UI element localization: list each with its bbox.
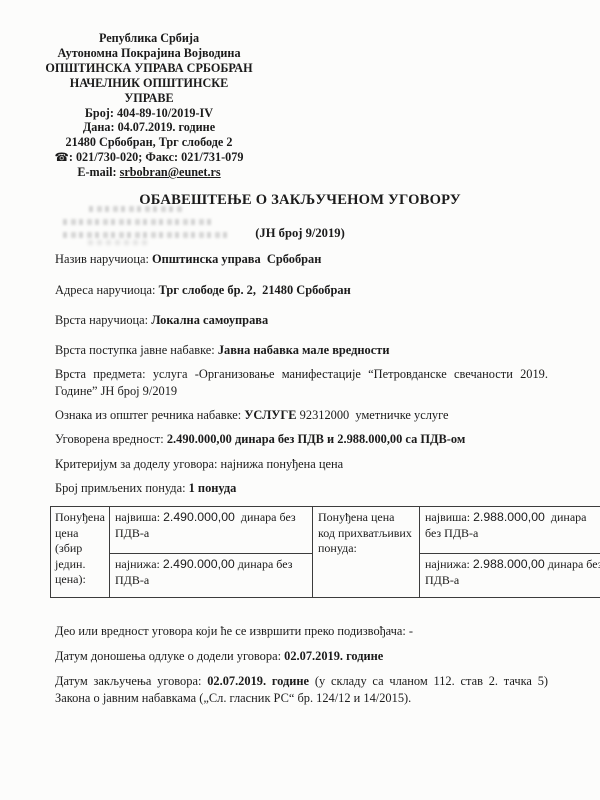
email-label: E-mail: <box>77 165 119 179</box>
field-value: Општинска управа Србобран <box>152 252 321 266</box>
field-value: 92312000 уметничке услуге <box>300 408 449 422</box>
letterhead-ref-number: Број: 404-89-10/2019-IV <box>22 106 276 121</box>
field-conclusion-date: Датум закључења уговора: 02.07.2019. год… <box>55 673 548 707</box>
field-procedure-type: Врста поступка јавне набавке: Јавна наба… <box>55 342 548 359</box>
field-value: Локална самоуправа <box>151 313 268 327</box>
field-label: Датум закључења уговора: <box>55 674 201 688</box>
field-decision-date: Датум доношења одлуке о додели уговора: … <box>55 648 548 665</box>
letterhead-email-line: E-mail: srbobran@eunet.rs <box>22 165 276 180</box>
letterhead-office-line2: УПРАВЕ <box>22 91 276 106</box>
cell-label: највиша: <box>425 510 470 524</box>
cell-offered-lowest: најнижа: 2.490.000,00 динара без ПДВ-а <box>110 554 313 598</box>
field-label: Уговорена вредност: <box>55 432 164 446</box>
field-value-bold: УСЛУГЕ <box>244 408 296 422</box>
document-subtitle: (ЈН број 9/2019) <box>0 226 600 241</box>
field-subject-type: Врста предмета: услуга -Организовање ман… <box>55 366 548 400</box>
letterhead: Република Србија Аутономна Покрајина Вој… <box>22 0 276 180</box>
cell-amount: 2.490.000,00 <box>163 557 235 571</box>
phone-numbers: : 021/730-020; Факс: 021/731-079 <box>69 150 244 164</box>
letterhead-date: Дана: 04.07.2019. године <box>22 120 276 135</box>
cell-label: најнижа: <box>115 557 160 571</box>
field-label: Назив наручиоца: <box>55 252 149 266</box>
document-title: ОБАВЕШТЕЊЕ О ЗАКЉУЧЕНОМ УГОВОРУ <box>0 192 600 209</box>
field-bids-received: Број примљених понуда: 1 понуда <box>55 480 548 497</box>
field-label: Адреса наручиоца: <box>55 283 156 297</box>
cell-amount: 2.490.000,00 <box>163 510 235 524</box>
field-value: 02.07.2019. године <box>284 649 383 663</box>
field-label: Врста поступка јавне набавке: <box>55 343 215 357</box>
table-header-acceptable-price: Понуђена цена код прихватљивих понуда: <box>313 507 420 598</box>
field-buyer-type: Врста наручиоца: Локална самоуправа <box>55 312 548 329</box>
cell-amount: 2.988.000,00 <box>473 557 545 571</box>
field-award-criterion: Критеријум за доделу уговора: најнижа по… <box>55 456 548 473</box>
field-value: 2.490.000,00 динара без ПДВ и 2.988.000,… <box>167 432 466 446</box>
letterhead-office-line1: НАЧЕЛНИК ОПШТИНСКЕ <box>22 76 276 91</box>
field-label: Ознака из општег речника набавке: <box>55 408 241 422</box>
field-label: Врста наручиоца: <box>55 313 148 327</box>
letterhead-address: 21480 Србобран, Трг слободе 2 <box>22 135 276 150</box>
cell-label: најнижа: <box>425 557 470 571</box>
field-contract-value: Уговорена вредност: 2.490.000,00 динара … <box>55 431 548 448</box>
cell-label: највиша: <box>115 510 160 524</box>
letterhead-phone-line: ☎: 021/730-020; Факс: 021/731-079 <box>22 150 276 165</box>
cell-offered-highest: највиша: 2.490.000,00 динара без ПДВ-а <box>110 507 313 554</box>
cell-acceptable-highest: највиша: 2.988.000,00 динара без ПДВ-а <box>420 507 600 554</box>
field-label: Датум доношења одлуке о додели уговора: <box>55 649 281 663</box>
email-address: srbobran@eunet.rs <box>120 165 221 179</box>
field-label: Врста предмета: <box>55 367 146 381</box>
field-value: 1 понуда <box>189 481 237 495</box>
field-cpv-code: Ознака из општег речника набавке: УСЛУГЕ… <box>55 407 548 424</box>
field-value: најнижа понуђена цена <box>221 457 344 471</box>
field-value: Трг слободе бр. 2, 21480 Србобран <box>159 283 351 297</box>
field-value: 02.07.2019. године <box>207 674 309 688</box>
letterhead-province: Аутономна Покрајина Војводина <box>22 46 276 61</box>
field-subcontractor: Део или вредност уговора који ће се извр… <box>55 623 548 640</box>
offered-price-table: Понуђена цена (збир једин. цена): највиш… <box>50 506 600 598</box>
field-label: Критеријум за доделу уговора: <box>55 457 217 471</box>
cell-amount: 2.988.000,00 <box>473 510 545 524</box>
table-header-offered-price: Понуђена цена (збир једин. цена): <box>51 507 110 598</box>
field-label: Број примљених понуда: <box>55 481 186 495</box>
field-buyer-name: Назив наручиоца: Општинска управа Србобр… <box>55 251 548 268</box>
letterhead-institution: ОПШТИНСКА УПРАВА СРБОБРАН <box>22 61 276 76</box>
document-body: Назив наручиоца: Општинска управа Србобр… <box>55 251 548 707</box>
scanned-document-page: Република Србија Аутономна Покрајина Вој… <box>0 0 600 800</box>
cell-acceptable-lowest: најнижа: 2.988.000,00 динара без ПДВ-а <box>420 554 600 598</box>
letterhead-country: Република Србија <box>22 31 276 46</box>
field-buyer-address: Адреса наручиоца: Трг слободе бр. 2, 214… <box>55 282 548 299</box>
field-value: Јавна набавка мале вредности <box>218 343 390 357</box>
telephone-icon: ☎ <box>55 150 69 164</box>
